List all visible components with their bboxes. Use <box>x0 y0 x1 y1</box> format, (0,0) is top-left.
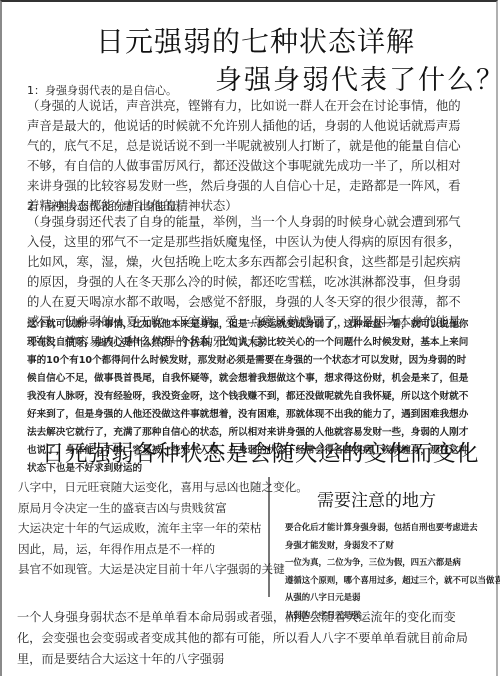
summary-line: 县官不如现管。大运是决定目前十年八字强弱的关键 <box>18 559 268 580</box>
summary-line: 大运决定十年的气运成败，流年主宰一年的荣枯 <box>18 518 268 539</box>
note-line: 一位为真，二位为争，三位为假，四五六都是病 <box>285 554 500 572</box>
page-subtitle: 身强身弱代表了什么？ <box>215 58 500 97</box>
note-line: 遵循这个原则，哪个喜用过多，超过三个，就不可以当做喜用 <box>285 572 500 590</box>
summary-line: 原局月令决定一生的盛衰吉凶与贵贱贫富 <box>18 498 268 519</box>
note-line: 从强的八字日元是弱 <box>285 589 500 607</box>
note-line: 要合化后才能计算身强身弱，包括自刑也要考虑进去 <box>285 519 500 537</box>
page-title: 日元强弱的七种状态详解 <box>96 20 415 60</box>
section4-title: 日元强弱各种状态是会随大运的变化而变化 <box>42 436 479 468</box>
summary-line: 八字中，日元旺衰随大运变化，喜用与忌凶也随之变化。 <box>18 477 268 498</box>
conclusion-paragraph: 一个人身强身弱状态不是单单看本命局弱或者强，而是会随着大运流年的变化而变化，会变… <box>17 607 477 670</box>
note-line: 身强才能发财，身弱发不了财 <box>285 537 500 555</box>
notes-box: 需要注意的地方 要合化后才能计算身强身弱，包括自刑也要考虑进去 身强才能发财，身… <box>285 486 500 625</box>
summary-line: 因此，局，运，年得作用点是不一样的 <box>18 539 268 560</box>
bazi-summary-box: 八字中，日元旺衰随大运变化，喜用与忌凶也随之变化。 原局月令决定一生的盛衰吉凶与… <box>18 477 270 597</box>
notes-heading: 需要注意的地方 <box>317 486 500 511</box>
